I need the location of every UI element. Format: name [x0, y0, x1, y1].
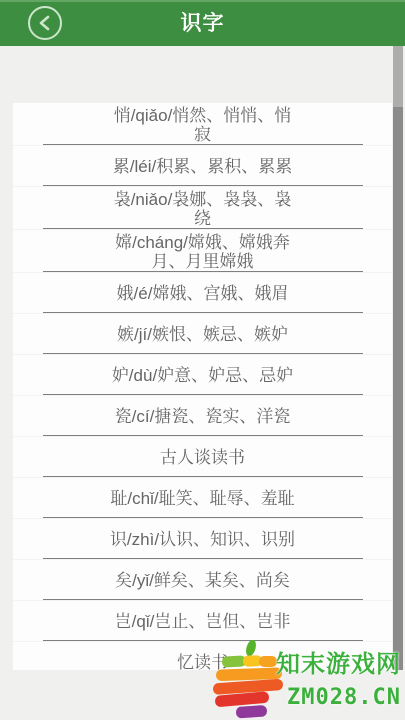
scrollbar-track[interactable]: [393, 46, 403, 107]
list-item[interactable]: 袅/niǎo/袅娜、袅袅、袅绕: [13, 187, 392, 230]
scrollbar-thumb[interactable]: [393, 107, 403, 670]
list-item-text: 古人谈读书: [160, 448, 245, 467]
list-item[interactable]: 累/léi/积累、累积、累累: [13, 146, 392, 187]
list-item-text: 娥/é/嫦娥、宫娥、娥眉: [117, 284, 289, 303]
list-item[interactable]: 岂/qǐ/岂止、岂但、岂非: [13, 601, 392, 642]
list-item-text: 妒/dù/妒意、妒忌、忌妒: [112, 366, 293, 385]
list-item-text: 识/zhì/认识、知识、识别: [110, 530, 295, 549]
list-item[interactable]: 古人谈读书: [13, 437, 392, 478]
list-item-text: 矣/yǐ/鲜矣、某矣、尚矣: [115, 571, 290, 590]
list-item-text: 悄/qiǎo/悄然、悄悄、悄: [114, 106, 292, 125]
page-title: 识字: [0, 0, 405, 46]
list-item-text: 耻/chǐ/耻笑、耻辱、羞耻: [110, 489, 294, 508]
watermark-site-name: 知末游戏网: [276, 650, 401, 680]
list-item-text: 岂/qǐ/岂止、岂但、岂非: [115, 612, 291, 631]
list-item[interactable]: 娥/é/嫦娥、宫娥、娥眉: [13, 273, 392, 314]
app-header: 识字: [0, 0, 405, 46]
list-item[interactable]: 嫉/jí/嫉恨、嫉忌、嫉妒: [13, 314, 392, 355]
striped-apple-logo-icon: [212, 640, 286, 720]
list-item[interactable]: 悄/qiǎo/悄然、悄悄、悄寂: [13, 103, 392, 146]
list-item[interactable]: 识/zhì/认识、知识、识别: [13, 519, 392, 560]
list-item-text: 累/léi/积累、累积、累累: [113, 157, 292, 176]
list-item-text: 绕: [194, 209, 211, 228]
watermark: 知末游戏网 ZM028.CN: [210, 638, 405, 720]
list-item[interactable]: 瓷/cí/搪瓷、瓷实、洋瓷: [13, 396, 392, 437]
watermark-text: 知末游戏网 ZM028.CN: [276, 650, 401, 712]
app-screen: 识字 悄/qiǎo/悄然、悄悄、悄寂累/léi/积累、累积、累累袅/niǎo/袅…: [0, 0, 405, 720]
list-item-text: 寂: [194, 125, 211, 144]
list-item[interactable]: 矣/yǐ/鲜矣、某矣、尚矣: [13, 560, 392, 601]
list-item[interactable]: 妒/dù/妒意、妒忌、忌妒: [13, 355, 392, 396]
list-item-text: 袅/niǎo/袅娜、袅袅、袅: [114, 190, 292, 209]
list-item-text: 嫦/cháng/嫦娥、嫦娥奔: [115, 233, 290, 252]
list-item-text: 瓷/cí/搪瓷、瓷实、洋瓷: [115, 407, 291, 426]
list-item[interactable]: 耻/chǐ/耻笑、耻辱、羞耻: [13, 478, 392, 519]
list-item-text: 月、月里嫦娥: [152, 252, 254, 271]
list-item[interactable]: 嫦/cháng/嫦娥、嫦娥奔月、月里嫦娥: [13, 230, 392, 273]
word-list: 悄/qiǎo/悄然、悄悄、悄寂累/léi/积累、累积、累累袅/niǎo/袅娜、袅…: [13, 103, 392, 670]
watermark-site-url: ZM028.CN: [276, 684, 401, 712]
list-item-text: 嫉/jí/嫉恨、嫉忌、嫉妒: [117, 325, 288, 344]
